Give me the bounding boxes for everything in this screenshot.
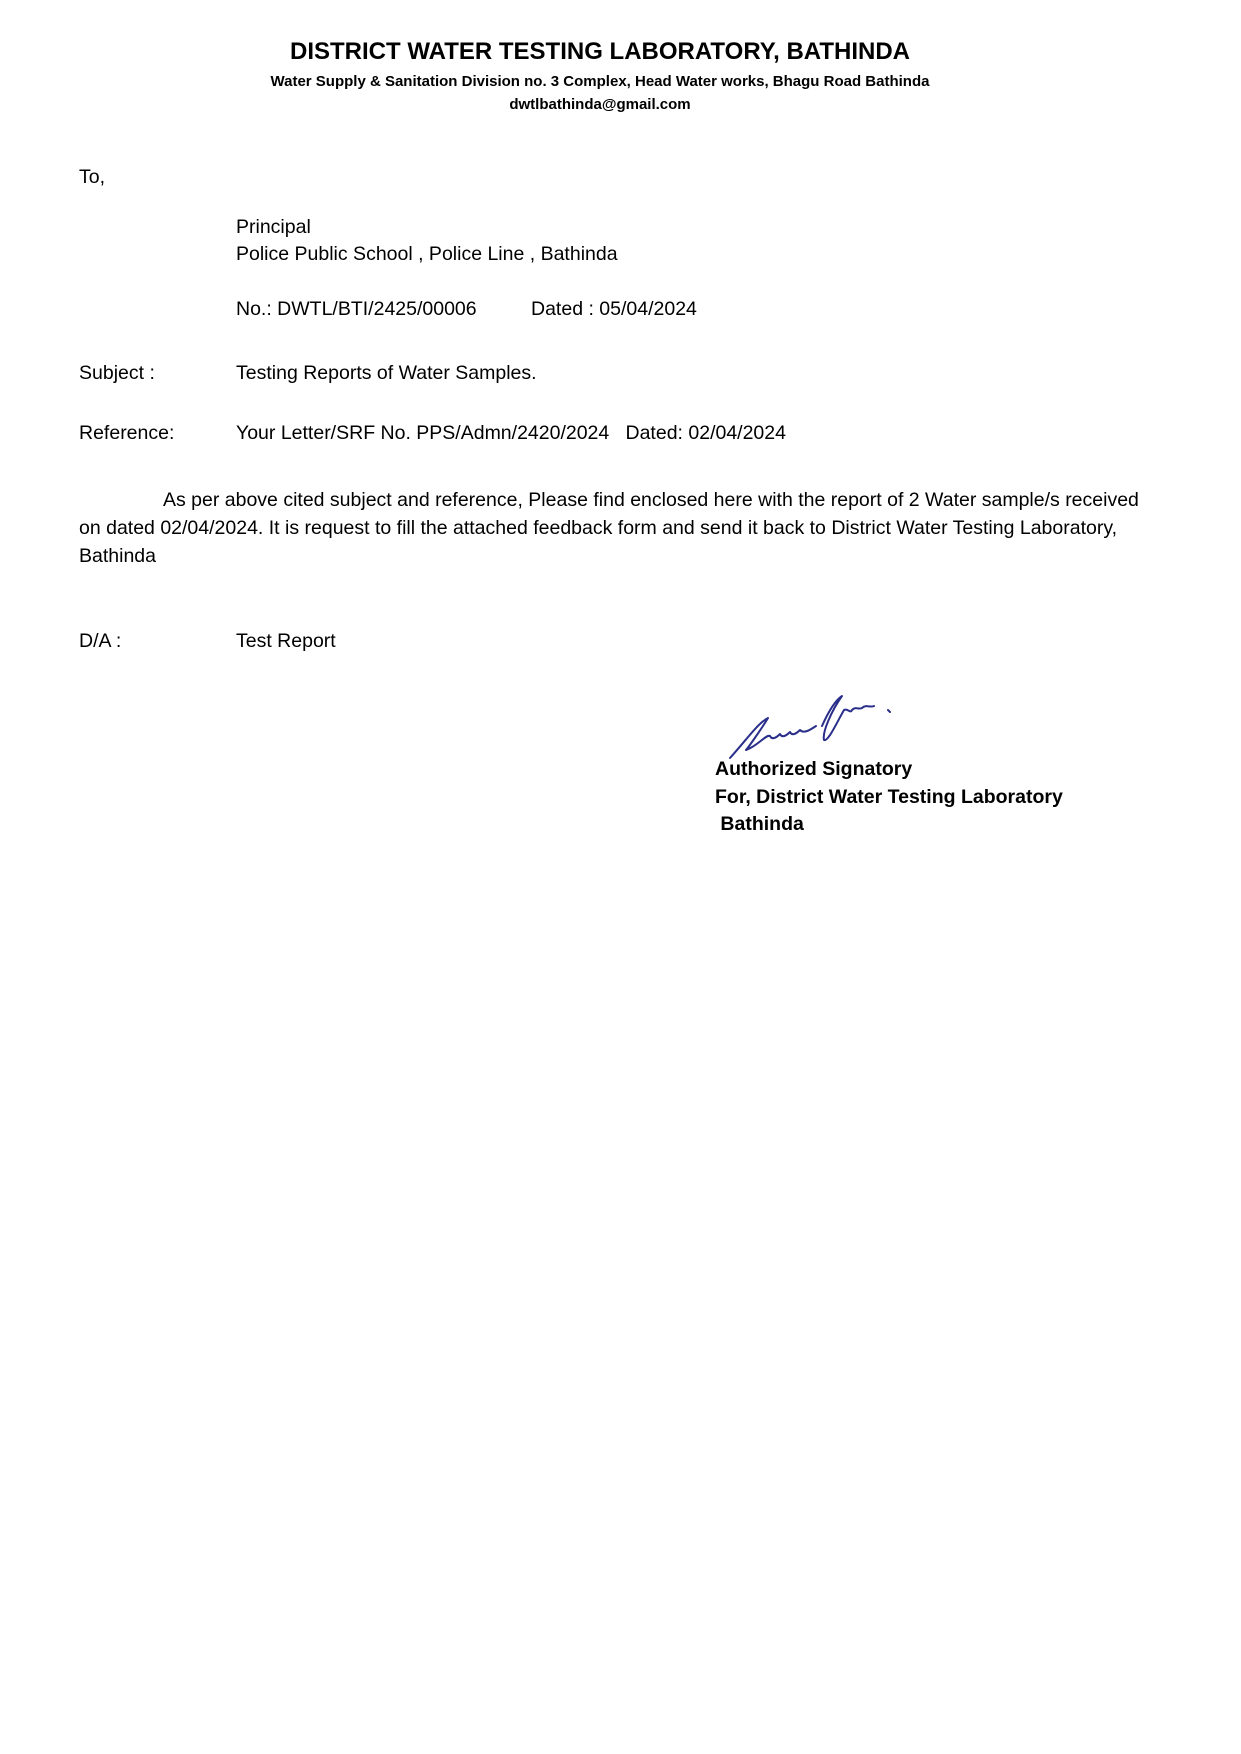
lab-email: dwtlbathinda@gmail.com	[0, 96, 1200, 113]
subject-value: Testing Reports of Water Samples.	[236, 362, 537, 385]
lab-name-heading: DISTRICT WATER TESTING LABORATORY, BATHI…	[0, 38, 1200, 66]
signatory-organization: For, District Water Testing Laboratory	[715, 786, 1063, 809]
reference-label: Reference:	[79, 422, 174, 445]
letter-number: No.: DWTL/BTI/2425/00006	[236, 298, 477, 321]
authorized-signatory-label: Authorized Signatory	[715, 758, 912, 781]
signatory-city: Bathinda	[715, 813, 804, 836]
reference-value: Your Letter/SRF No. PPS/Admn/2420/2024 D…	[236, 422, 786, 445]
enclosure-value: Test Report	[236, 630, 336, 653]
recipient-organization: Police Public School , Police Line , Bat…	[236, 243, 618, 266]
subject-label: Subject :	[79, 362, 155, 385]
salutation: To,	[79, 166, 105, 189]
enclosure-label: D/A :	[79, 630, 121, 653]
body-paragraph: As per above cited subject and reference…	[79, 486, 1139, 570]
signature-image	[718, 688, 958, 768]
recipient-title: Principal	[236, 216, 311, 239]
letter-date: Dated : 05/04/2024	[531, 298, 697, 321]
lab-address: Water Supply & Sanitation Division no. 3…	[0, 73, 1200, 90]
